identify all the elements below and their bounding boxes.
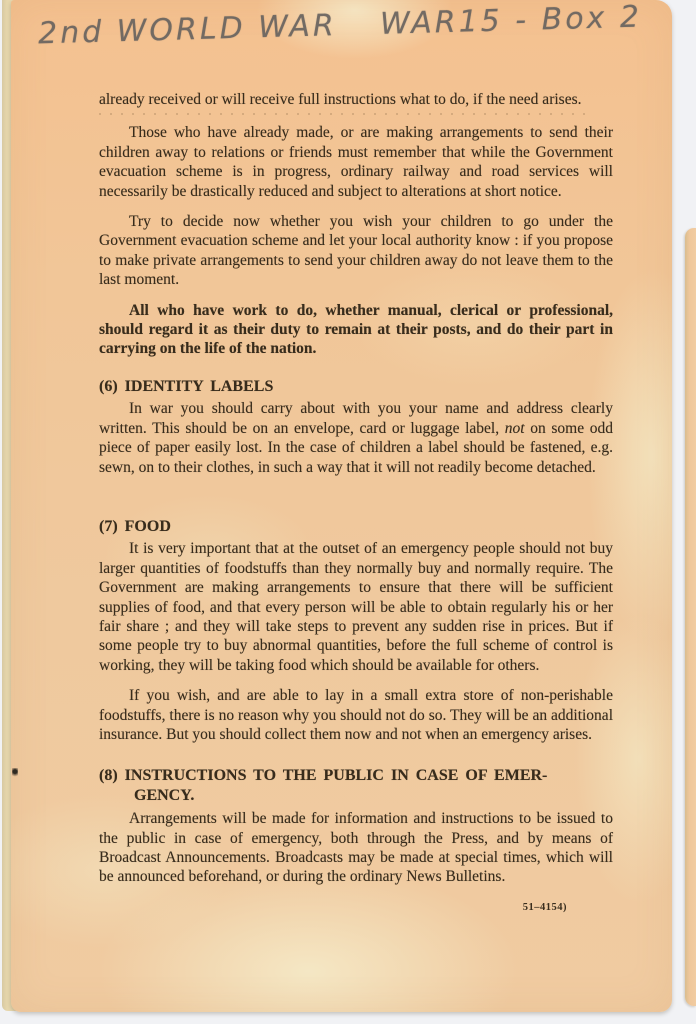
paragraph-emergency-instructions: Arrangements will be made for informatio… — [99, 809, 613, 887]
paragraph-evacuation-arrangements: Those who have already made, or are maki… — [99, 123, 613, 201]
show-through-marks — [99, 112, 587, 116]
printed-text-column: already received or will receive full in… — [99, 90, 613, 917]
section-7-heading: (7) FOOD — [99, 517, 613, 536]
annotation-box-reference: WAR15 - Box 2 — [380, 0, 643, 42]
ink-speck — [12, 768, 18, 777]
paragraph-duty-to-remain: All who have work to do, whether manual,… — [99, 301, 613, 359]
adjacent-document-edge — [685, 228, 696, 1006]
section-8-heading: (8) INSTRUCTIONS TO THE PUBLIC IN CASE O… — [99, 766, 613, 805]
section-8-heading-line1: (8) INSTRUCTIONS TO THE PUBLIC IN CASE O… — [99, 767, 547, 784]
paragraph-food-extra-store: If you wish, and are able to lay in a sm… — [99, 686, 613, 744]
paragraph-food-supplies: It is very important that at the outset … — [99, 539, 613, 675]
paragraph-identity-labels: In war you should carry about with you y… — [99, 399, 613, 477]
section-6-heading: (6) IDENTITY LABELS — [99, 377, 613, 396]
printers-code: 51–4154) — [99, 898, 613, 917]
paragraph-decide-now: Try to decide now whether you wish your … — [99, 212, 613, 290]
paragraph-continuation: already received or will receive full in… — [99, 90, 613, 109]
identity-labels-italic-not: not — [505, 420, 525, 437]
section-8-heading-line2: GENCY. — [99, 786, 613, 805]
